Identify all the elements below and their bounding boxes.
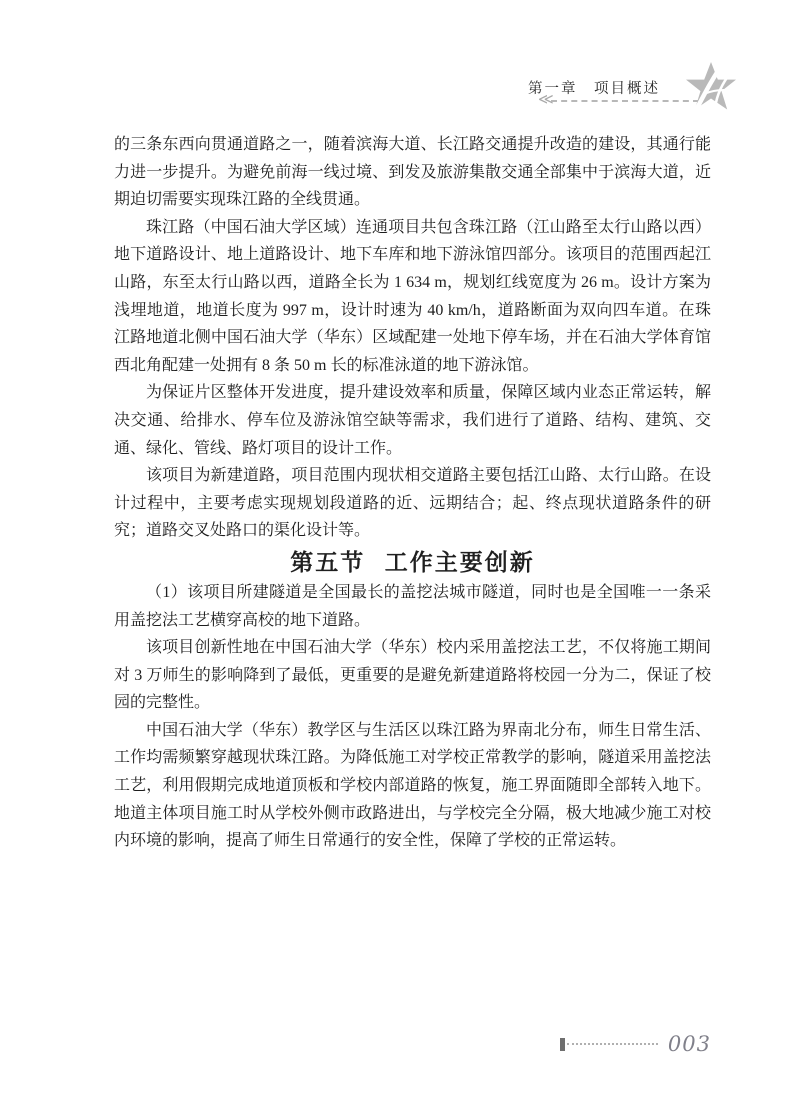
body-paragraph: 为保证片区整体开发进度，提升建设效率和质量，保障区域内业态正常运转，解决交通、给…: [114, 379, 711, 462]
section-title: 工作主要创新: [385, 549, 535, 575]
body-paragraph: 的三条东西向贯通道路之一，随着滨海大道、长江路交通提升改造的建设，其通行能力进一…: [114, 131, 711, 214]
section-heading: 第五节工作主要创新: [114, 545, 711, 579]
footer-dotted-rule: [567, 1043, 658, 1045]
page-body: 的三条东西向贯通道路之一，随着滨海大道、长江路交通提升改造的建设，其通行能力进一…: [114, 131, 711, 855]
body-paragraph: 该项目为新建道路，项目范围内现状相交道路主要包括江山路、太行山路。在设计过程中，…: [114, 462, 711, 545]
body-paragraph: 珠江路（中国石油大学区域）连通项目共包含珠江路（江山路至太行山路以西）地下道路设…: [114, 214, 711, 380]
header-dashed-rule: [551, 100, 699, 102]
body-paragraph: 该项目创新性地在中国石油大学（华东）校内采用盖挖法工艺，不仅将施工期间对 3 万…: [114, 634, 711, 717]
body-paragraph: 中国石油大学（华东）教学区与生活区以珠江路为界南北分布，师生日常生活、工作均需频…: [114, 717, 711, 855]
star-road-icon: [684, 60, 738, 114]
page-number: 003: [668, 1032, 711, 1056]
book-page: 第一章 项目概述 ≪ 的三条东西向贯通道路之一，随着滨海大道、长江路交通提升改造…: [0, 0, 799, 1114]
page-footer: 003: [560, 1028, 711, 1060]
section-number: 第五节: [290, 549, 365, 575]
running-header: 第一章 项目概述 ≪: [0, 60, 799, 120]
footer-bar-icon: [560, 1038, 565, 1051]
body-paragraph: （1）该项目所建隧道是全国最长的盖挖法城市隧道，同时也是全国唯一一条采用盖挖法工…: [114, 579, 711, 634]
chevron-left-icon: ≪: [538, 90, 554, 108]
